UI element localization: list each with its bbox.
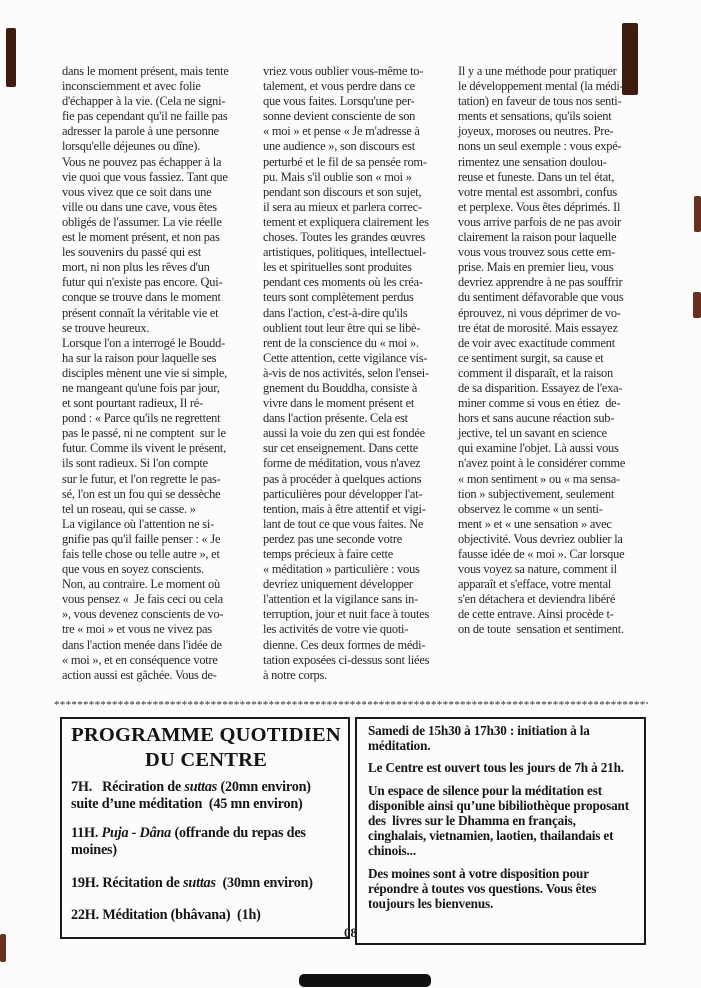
programme-title-line1: PROGRAMME QUOTIDIEN	[71, 723, 341, 748]
scan-edge-mark-top-left	[6, 28, 16, 87]
schedule-entry: 19H. Récitation de suttas (30mn environ)	[71, 875, 341, 892]
programme-schedule: 7H. Réciration de suttas (20mn environ) …	[71, 779, 341, 924]
page-number: 08	[0, 925, 701, 941]
scan-edge-mark-right-upper	[694, 196, 701, 232]
asterisk-divider: ****************************************…	[54, 699, 648, 713]
info-paragraph: Un espace de silence pour la méditation …	[368, 783, 636, 859]
schedule-entry: 7H. Réciration de suttas (20mn environ) …	[71, 779, 341, 813]
scanned-page: dans le moment présent, mais tente incon…	[0, 0, 701, 988]
programme-title-line2: DU CENTRE	[71, 748, 341, 773]
info-paragraph: Samedi de 15h30 à 17h30 : initiation à l…	[368, 723, 636, 753]
programme-box-title: PROGRAMME QUOTIDIEN DU CENTRE	[71, 723, 341, 773]
schedule-entry: 22H. Méditation (bhâvana) (1h)	[71, 907, 341, 924]
daily-programme-box: PROGRAMME QUOTIDIEN DU CENTRE 7H. Récira…	[60, 717, 350, 939]
scan-bottom-bar	[299, 974, 431, 987]
scan-edge-mark-right-lower	[693, 292, 701, 318]
article-column-2: vriez vous oublier vous-même to- talemen…	[263, 64, 463, 683]
article-column-1: dans le moment présent, mais tente incon…	[62, 64, 264, 683]
schedule-entry: 11H. Puja - Dâna (offrande du repas des …	[71, 825, 341, 859]
centre-info-box: Samedi de 15h30 à 17h30 : initiation à l…	[355, 717, 646, 945]
info-paragraph: Des moines sont à votre disposition pour…	[368, 866, 636, 912]
article-column-3: Il y a une méthode pour pratiquer le dév…	[458, 64, 660, 638]
info-paragraph: Le Centre est ouvert tous les jours de 7…	[368, 760, 636, 775]
